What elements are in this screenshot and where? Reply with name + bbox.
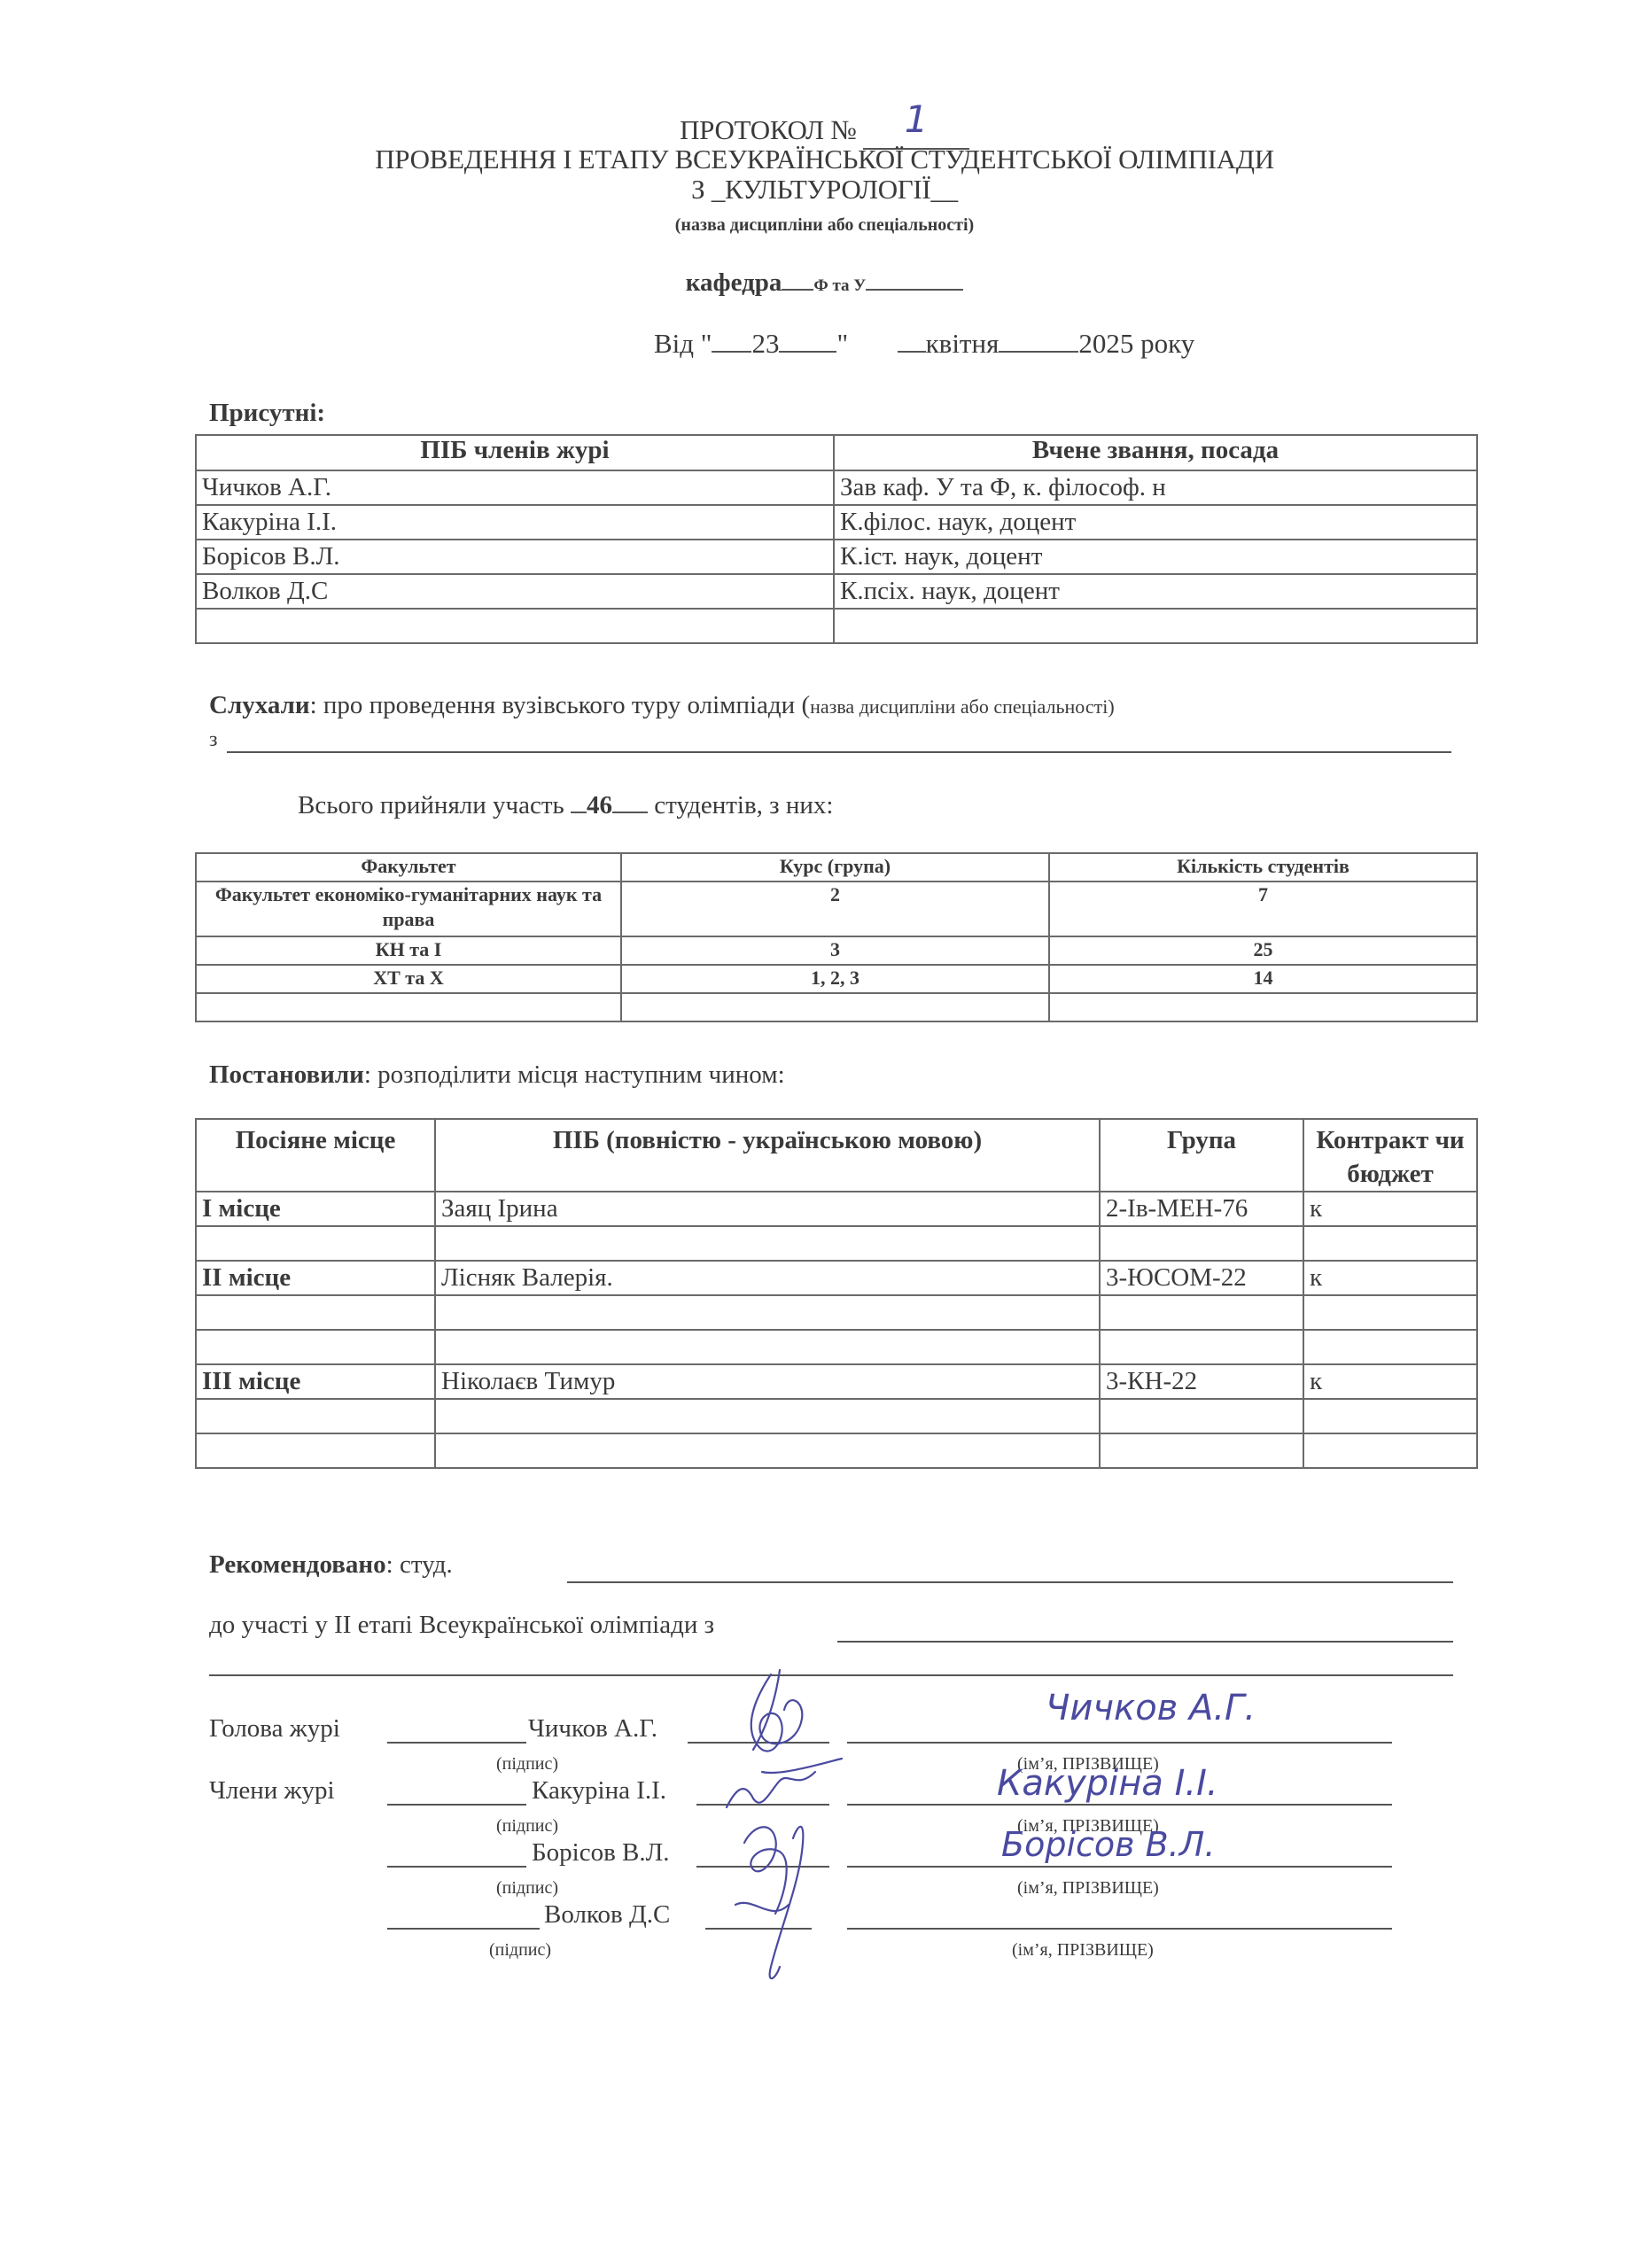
signature-blank — [387, 1928, 540, 1930]
faculty-table: Факультет Курс (група) Кількість студент… — [195, 852, 1478, 1022]
heard-text: : про проведення вузівського туру олімпі… — [310, 691, 811, 719]
table-row — [196, 1226, 1477, 1261]
table-row — [196, 993, 1477, 1021]
recommended-text: : студ. — [386, 1550, 453, 1579]
signature-blank — [387, 1804, 526, 1806]
place: ІІІ місце — [196, 1364, 435, 1399]
name-line — [847, 1804, 1392, 1806]
place — [196, 1295, 435, 1330]
student-name: Лісняк Валерія. — [435, 1261, 1100, 1295]
signature-scribbles-icon — [691, 1666, 922, 1993]
heard-label: Слухали — [209, 691, 310, 719]
column-header: ПІБ (повністю - українською мовою) — [435, 1119, 1100, 1192]
recommended-line: Рекомендовано: студ. — [209, 1550, 453, 1580]
column-header: Група — [1100, 1119, 1303, 1192]
jury-name — [196, 609, 834, 643]
participation-prefix: Всього прийняли участь — [298, 791, 564, 819]
table-row: Факультет економіко-гуманітарних наук та… — [196, 882, 1477, 936]
department-value: Ф та У — [813, 276, 866, 295]
jury-title: К.іст. наук, доцент — [834, 540, 1477, 574]
column-header: ПІБ членів журі — [196, 435, 834, 470]
jury-name: Волков Д.С — [196, 574, 834, 609]
column-header: Курс (група) — [621, 853, 1049, 882]
recommended-stage-text: до участі у ІІ етапі Всеукраїнської олім… — [209, 1611, 714, 1640]
table-row — [196, 1399, 1477, 1433]
student-name — [435, 1433, 1100, 1468]
funding-type — [1303, 1433, 1477, 1468]
date-prefix: Від " — [654, 328, 712, 359]
discipline-hint: (назва дисципліни або спеціальності) — [0, 215, 1649, 236]
name-line — [847, 1928, 1392, 1930]
faculty-course: 1, 2, 3 — [621, 965, 1049, 993]
jury-title: К.псіх. наук, доцент — [834, 574, 1477, 609]
table-row: ІІІ місцеНіколаєв Тимур3-КН-22к — [196, 1364, 1477, 1399]
members-label: Члени журі — [209, 1776, 335, 1806]
decided-text: : розподілити місця наступним чином: — [364, 1060, 785, 1089]
column-header: Кількість студентів — [1049, 853, 1477, 882]
table-row: Чичков А.Г.Зав каф. У та Ф, к. філософ. … — [196, 470, 1477, 505]
place: ІІ місце — [196, 1261, 435, 1295]
table-row: КН та І 3 25 — [196, 936, 1477, 965]
signature-name: Какуріна І.І. — [532, 1776, 666, 1806]
participation-count: 46 — [587, 791, 612, 819]
table-row: ХТ та Х 1, 2, 3 14 — [196, 965, 1477, 993]
funding-type: к — [1303, 1192, 1477, 1226]
student-name — [435, 1330, 1100, 1364]
signature-caption: (підпис) — [496, 1754, 558, 1775]
student-group — [1100, 1433, 1303, 1468]
funding-type — [1303, 1330, 1477, 1364]
department-label: кафедра — [686, 268, 782, 297]
student-group: 3-КН-22 — [1100, 1364, 1303, 1399]
date-day: 23 — [751, 328, 779, 359]
handwritten-name: Какуріна І.І. — [997, 1763, 1218, 1804]
student-group — [1100, 1295, 1303, 1330]
faculty-count: 14 — [1049, 965, 1477, 993]
jury-title — [834, 609, 1477, 643]
table-row — [196, 1330, 1477, 1364]
funding-type — [1303, 1295, 1477, 1330]
student-group: 3-ЮСОМ-22 — [1100, 1261, 1303, 1295]
faculty-name: КН та І — [196, 936, 621, 965]
results-table-header: Посіяне місце ПІБ (повністю - українсько… — [196, 1119, 1477, 1192]
jury-name: Какуріна І.І. — [196, 505, 834, 540]
jury-name: Борісов В.Л. — [196, 540, 834, 574]
heard-discipline-line — [227, 751, 1451, 753]
student-group: 2-Ів-МЕН-76 — [1100, 1192, 1303, 1226]
handwritten-name: Чичков А.Г. — [1046, 1688, 1256, 1728]
jury-name: Чичков А.Г. — [196, 470, 834, 505]
table-row: ІІ місцеЛісняк Валерія.3-ЮСОМ-22к — [196, 1261, 1477, 1295]
signature-caption: (підпис) — [496, 1816, 558, 1837]
date-line: Від "23" квітня2025 року — [654, 328, 1194, 360]
signature-name: Волков Д.С — [544, 1900, 670, 1930]
student-name — [435, 1226, 1100, 1261]
column-header: Вчене звання, посада — [834, 435, 1477, 470]
funding-type — [1303, 1399, 1477, 1433]
faculty-count — [1049, 993, 1477, 1021]
table-row: Волков Д.СК.псіх. наук, доцент — [196, 574, 1477, 609]
student-name — [435, 1399, 1100, 1433]
recommended-discipline-line — [837, 1641, 1453, 1643]
handwritten-name: Борісов В.Л. — [1001, 1825, 1215, 1864]
student-group — [1100, 1226, 1303, 1261]
place — [196, 1226, 435, 1261]
results-table: Посіяне місце ПІБ (повністю - українсько… — [195, 1118, 1478, 1469]
signature-blank — [387, 1742, 526, 1744]
jury-title: К.філос. наук, доцент — [834, 505, 1477, 540]
attendees-label: Присутні: — [209, 399, 325, 428]
heard-line: Слухали: про проведення вузівського туру… — [209, 691, 1115, 720]
place — [196, 1330, 435, 1364]
chair-label: Голова журі — [209, 1714, 340, 1744]
faculty-course: 3 — [621, 936, 1049, 965]
name-line — [847, 1866, 1392, 1868]
signature-caption: (підпис) — [496, 1878, 558, 1899]
funding-type — [1303, 1226, 1477, 1261]
column-header: Контракт чи бюджет — [1303, 1119, 1477, 1192]
name-caption: (ім’я, ПРІЗВИЩЕ) — [1012, 1940, 1154, 1961]
faculty-count: 25 — [1049, 936, 1477, 965]
signature-name: Чичков А.Г. — [528, 1714, 657, 1744]
faculty-course: 2 — [621, 882, 1049, 936]
recommended-student-line — [567, 1581, 1453, 1583]
decided-label: Постановили — [209, 1060, 364, 1089]
signature-caption: (підпис) — [489, 1940, 551, 1961]
recommended-label: Рекомендовано — [209, 1550, 386, 1579]
faculty-count: 7 — [1049, 882, 1477, 936]
column-header: Посіяне місце — [196, 1119, 435, 1192]
funding-type: к — [1303, 1364, 1477, 1399]
heard-hint: назва дисципліни або спеціальності) — [810, 695, 1115, 718]
jury-table: ПІБ членів журі Вчене звання, посада Чич… — [195, 434, 1478, 644]
table-row: Борісов В.Л.К.іст. наук, доцент — [196, 540, 1477, 574]
discipline-line: З _КУЛЬТУРОЛОГІЇ__ — [0, 174, 1649, 206]
date-month: квітня — [926, 328, 1000, 359]
funding-type: к — [1303, 1261, 1477, 1295]
participation-suffix: студентів, з них: — [654, 791, 833, 819]
name-caption: (ім’я, ПРІЗВИЩЕ) — [1017, 1878, 1159, 1899]
faculty-table-header: Факультет Курс (група) Кількість студент… — [196, 853, 1477, 882]
signature-name: Борісов В.Л. — [532, 1838, 670, 1868]
faculty-name: ХТ та Х — [196, 965, 621, 993]
jury-title: Зав каф. У та Ф, к. філософ. н — [834, 470, 1477, 505]
jury-table-header: ПІБ членів журі Вчене звання, посада — [196, 435, 1477, 470]
heard-z-label: з — [209, 728, 217, 752]
student-group — [1100, 1330, 1303, 1364]
faculty-course — [621, 993, 1049, 1021]
student-name — [435, 1295, 1100, 1330]
signature-blank — [387, 1866, 526, 1868]
faculty-name: Факультет економіко-гуманітарних наук та… — [196, 882, 621, 936]
department-line: кафедраФ та У — [0, 268, 1649, 298]
column-header: Факультет — [196, 853, 621, 882]
decided-line: Постановили: розподілити місця наступним… — [209, 1060, 785, 1090]
protocol-number: 1 — [905, 97, 928, 141]
student-group — [1100, 1399, 1303, 1433]
table-row — [196, 609, 1477, 643]
place — [196, 1399, 435, 1433]
protocol-label: ПРОТОКОЛ № — [680, 114, 856, 145]
date-quote: " — [836, 328, 848, 359]
table-row: І місцеЗаяц Ірина2-Ів-МЕН-76к — [196, 1192, 1477, 1226]
student-name: Заяц Ірина — [435, 1192, 1100, 1226]
table-row — [196, 1433, 1477, 1468]
participation-line: Всього прийняли участь 46 студентів, з н… — [298, 791, 833, 820]
place: І місце — [196, 1192, 435, 1226]
place — [196, 1433, 435, 1468]
table-row — [196, 1295, 1477, 1330]
table-row: Какуріна І.І.К.філос. наук, доцент — [196, 505, 1477, 540]
faculty-name — [196, 993, 621, 1021]
protocol-subtitle-line: ПРОВЕДЕННЯ І ЕТАПУ ВСЕУКРАЇНСЬКОЇ СТУДЕН… — [0, 144, 1649, 175]
student-name: Ніколаєв Тимур — [435, 1364, 1100, 1399]
date-year: 2025 року — [1078, 328, 1194, 359]
name-line — [847, 1742, 1392, 1744]
